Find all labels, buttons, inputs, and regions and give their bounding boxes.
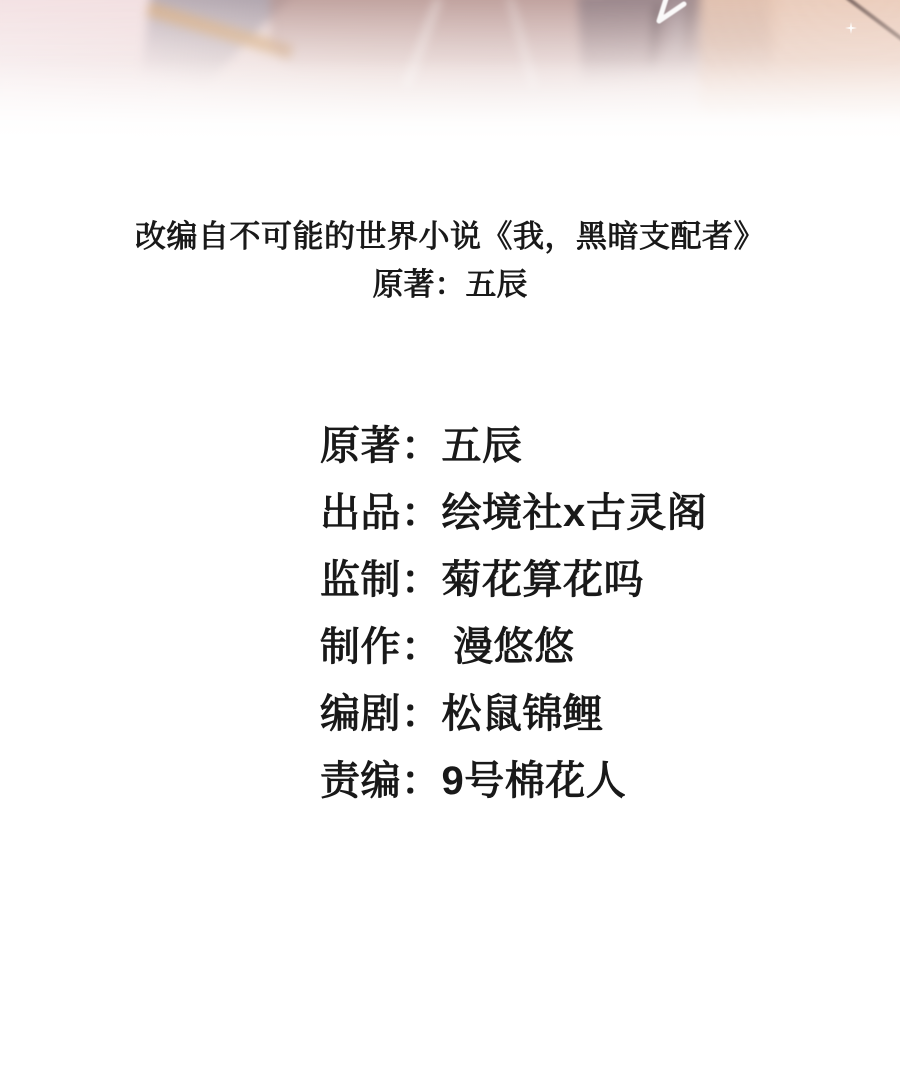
credits-list: 原著：五辰 出品：绘境社x古灵阁 监制：菊花算花吗 制作： 漫悠悠 编剧：松鼠锦… — [320, 413, 707, 815]
adaptation-note: 改编自不可能的世界小说《我，黑暗支配者》 — [0, 214, 900, 260]
credit-line-production: 制作： 漫悠悠 — [320, 614, 707, 681]
header-artwork — [0, 0, 900, 150]
credit-line-editor: 责编：9号棉花人 — [320, 748, 707, 815]
artwork-fade-overlay — [0, 0, 900, 150]
credit-line-screenwriter: 编剧：松鼠锦鲤 — [320, 681, 707, 748]
original-author-line: 原著：五辰 — [0, 262, 900, 308]
adaptation-header: 改编自不可能的世界小说《我，黑暗支配者》 原著：五辰 — [0, 214, 900, 308]
comic-credits-page: 改编自不可能的世界小说《我，黑暗支配者》 原著：五辰 原著：五辰 出品：绘境社x… — [0, 0, 900, 1089]
credit-line-producer: 出品：绘境社x古灵阁 — [320, 480, 707, 547]
credit-line-original-author: 原著：五辰 — [320, 413, 707, 480]
credit-line-supervisor: 监制：菊花算花吗 — [320, 547, 707, 614]
